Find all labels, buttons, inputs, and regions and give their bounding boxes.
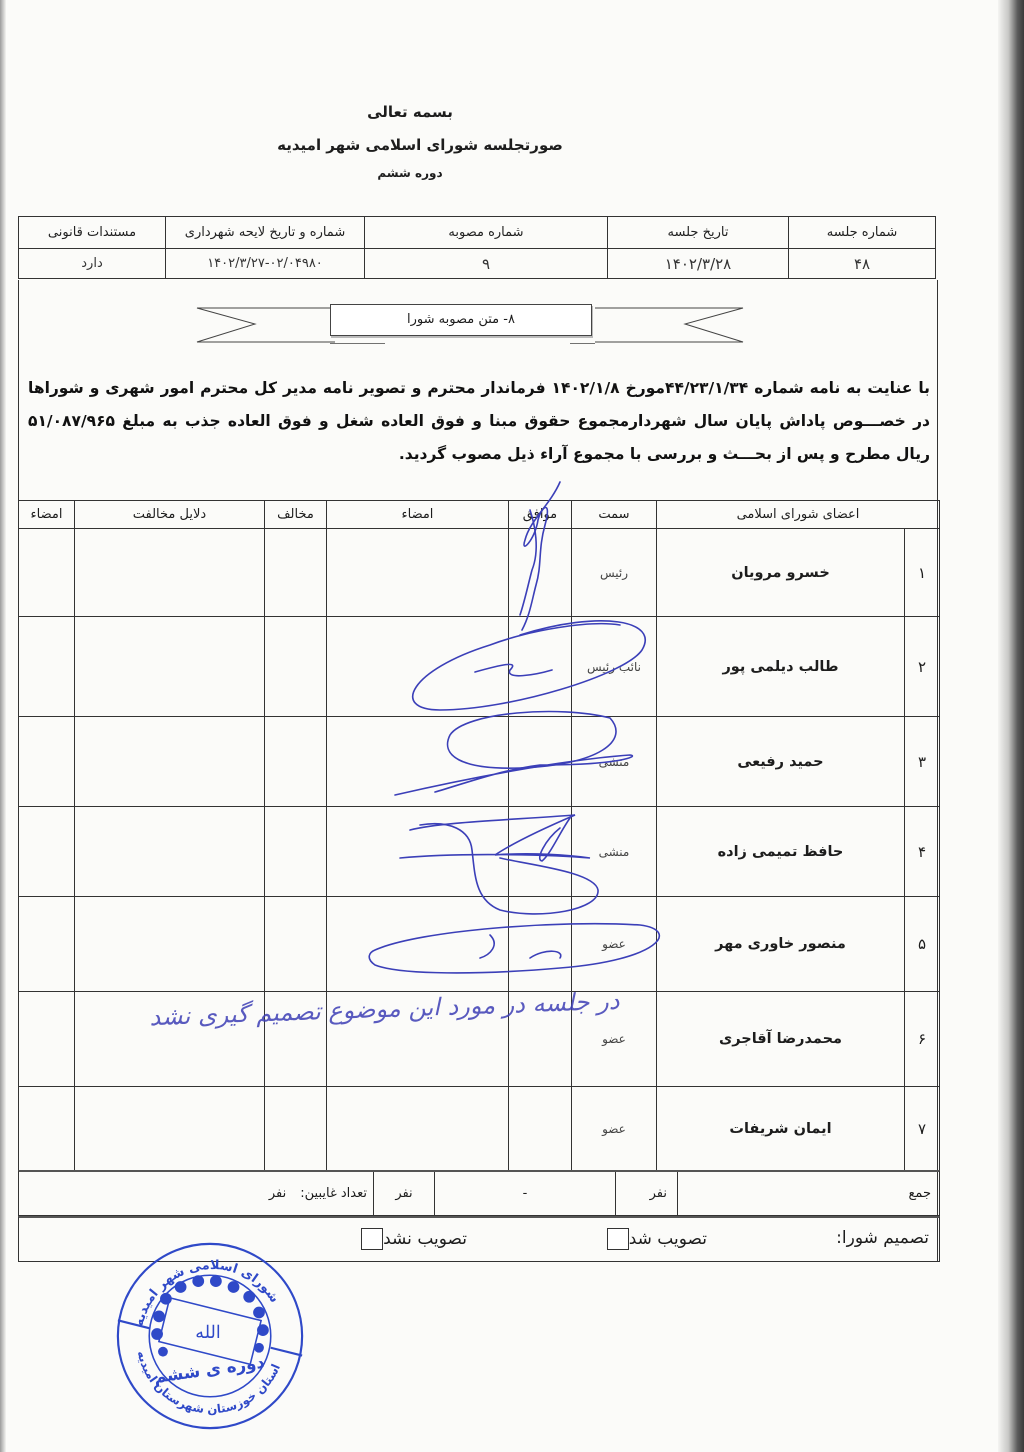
member-row: ۴ حافظ تمیمی زاده منشی bbox=[19, 807, 940, 897]
scan-edge-right bbox=[998, 0, 1024, 1452]
member-role: منشی bbox=[571, 717, 656, 807]
absent-count: تعداد غایبین: نفر bbox=[19, 1172, 373, 1215]
legal-documents-header: مستندات قانونی bbox=[19, 217, 166, 249]
member-number: ۳ bbox=[905, 717, 940, 807]
invocation-heading: بسمه تعالی bbox=[300, 103, 520, 121]
member-name: خسرو مرویان bbox=[656, 529, 904, 617]
council-stamp-icon: الله دوره ی ششم شورای اسلامی شهر امیدیه … bbox=[112, 1238, 308, 1434]
stamp-emblem: الله bbox=[195, 1323, 221, 1343]
section-title: ۸- متن مصوبه شورا bbox=[330, 304, 592, 336]
oppose-cell bbox=[264, 897, 326, 992]
member-row: ۷ ایمان شریفات عضو bbox=[19, 1087, 940, 1171]
meta-value-row: ۴۸ ۱۴۰۲/۳/۲۸ ۹ ۱۴۰۲/۳/۲۷-۰۲/۰۴۹۸۰ دارد bbox=[19, 249, 936, 279]
reasons-cell bbox=[74, 617, 264, 717]
reasons-cell bbox=[74, 807, 264, 897]
signature2-cell bbox=[19, 1087, 75, 1171]
member-name: طالب دیلمی پور bbox=[656, 617, 904, 717]
member-number: ۷ bbox=[905, 1087, 940, 1171]
totals-label: جمع bbox=[677, 1172, 939, 1215]
member-row: ۱ خسرو مرویان رئیس bbox=[19, 529, 940, 617]
rejected-option[interactable]: تصویب نشد bbox=[361, 1228, 467, 1250]
agree-cell bbox=[508, 1087, 571, 1171]
member-role: عضو bbox=[571, 897, 656, 992]
member-number: ۱ bbox=[905, 529, 940, 617]
signature2-cell bbox=[19, 617, 75, 717]
signature-cell bbox=[326, 807, 508, 897]
rejected-label: تصویب نشد bbox=[383, 1229, 467, 1249]
scan-edge-left bbox=[0, 0, 6, 1452]
signature2-cell bbox=[19, 529, 75, 617]
member-row: ۲ طالب دیلمی پور نائب رئیس bbox=[19, 617, 940, 717]
opposition-reasons-header: دلایل مخالفت bbox=[74, 501, 264, 529]
reasons-cell bbox=[74, 1087, 264, 1171]
member-row: ۵ منصور خاوری مهر عضو bbox=[19, 897, 940, 992]
decision-label: تصمیم شورا: bbox=[836, 1228, 929, 1248]
signature2-header: امضاء bbox=[19, 501, 75, 529]
session-number-value: ۴۸ bbox=[789, 249, 936, 279]
members-vote-table: اعضای شورای اسلامی سمت موافق امضاء مخالف… bbox=[18, 500, 940, 1171]
oppose-cell bbox=[264, 717, 326, 807]
agree-cell bbox=[508, 529, 571, 617]
session-date-header: تاریخ جلسه bbox=[608, 217, 789, 249]
agree-cell bbox=[508, 717, 571, 807]
member-number: ۴ bbox=[905, 807, 940, 897]
member-name: حمید رفیعی bbox=[656, 717, 904, 807]
rejected-checkbox[interactable] bbox=[361, 1228, 383, 1250]
members-header: اعضای شورای اسلامی bbox=[656, 501, 939, 529]
member-role: منشی bbox=[571, 807, 656, 897]
approved-label: تصویب شد bbox=[629, 1229, 707, 1249]
legal-documents-value: دارد bbox=[19, 249, 166, 279]
member-role: عضو bbox=[571, 1087, 656, 1171]
signature2-cell bbox=[19, 717, 75, 807]
signature-cell bbox=[326, 529, 508, 617]
agree-count-unit: نفر bbox=[615, 1172, 677, 1215]
session-date-value: ۱۴۰۲/۳/۲۸ bbox=[608, 249, 789, 279]
absent-unit: نفر bbox=[269, 1186, 286, 1201]
oppose-count-unit: نفر bbox=[373, 1172, 434, 1215]
member-number: ۶ bbox=[905, 992, 940, 1087]
meta-header-row: شماره جلسه تاریخ جلسه شماره مصوبه شماره … bbox=[19, 217, 936, 249]
resolution-text: با عنایت به نامه شماره ۴۴/۲۳/۱/۳۴مورخ ۱۴… bbox=[28, 372, 930, 471]
signature-cell bbox=[326, 717, 508, 807]
member-name: حافظ تمیمی زاده bbox=[656, 807, 904, 897]
role-header: سمت bbox=[571, 501, 656, 529]
oppose-cell bbox=[264, 807, 326, 897]
session-number-header: شماره جلسه bbox=[789, 217, 936, 249]
agree-cell bbox=[508, 617, 571, 717]
member-number: ۲ bbox=[905, 617, 940, 717]
signature-cell bbox=[326, 897, 508, 992]
oppose-cell bbox=[264, 617, 326, 717]
agree-cell bbox=[508, 897, 571, 992]
member-name: ایمان شریفات bbox=[656, 1087, 904, 1171]
reasons-cell bbox=[74, 529, 264, 617]
approved-option[interactable]: تصویب شد bbox=[607, 1228, 707, 1250]
signature-cell bbox=[326, 617, 508, 717]
approved-checkbox[interactable] bbox=[607, 1228, 629, 1250]
oppose-cell bbox=[264, 1087, 326, 1171]
resolution-number-value: ۹ bbox=[365, 249, 608, 279]
bill-number-date-value: ۱۴۰۲/۳/۲۷-۰۲/۰۴۹۸۰ bbox=[166, 249, 365, 279]
agree-header: موافق bbox=[508, 501, 571, 529]
term-label: دوره ششم bbox=[330, 166, 490, 180]
signature-cell bbox=[326, 1087, 508, 1171]
document-title: صورتجلسه شورای اسلامی شهر امیدیه bbox=[260, 136, 580, 154]
member-row: ۳ حمید رفیعی منشی bbox=[19, 717, 940, 807]
reasons-cell bbox=[74, 897, 264, 992]
member-role: نائب رئیس bbox=[571, 617, 656, 717]
member-name: محمدرضا آقاجری bbox=[656, 992, 904, 1087]
signature2-cell bbox=[19, 807, 75, 897]
oppose-cell bbox=[264, 529, 326, 617]
oppose-header: مخالف bbox=[264, 501, 326, 529]
resolution-number-header: شماره مصوبه bbox=[365, 217, 608, 249]
bill-number-date-header: شماره و تاریخ لایحه شهرداری bbox=[166, 217, 365, 249]
signature-header: امضاء bbox=[326, 501, 508, 529]
member-role: رئیس bbox=[571, 529, 656, 617]
signature2-cell bbox=[19, 897, 75, 992]
member-number: ۵ bbox=[905, 897, 940, 992]
reasons-cell bbox=[74, 717, 264, 807]
member-name: منصور خاوری مهر bbox=[656, 897, 904, 992]
signature2-cell bbox=[19, 992, 75, 1087]
agree-cell bbox=[508, 807, 571, 897]
session-meta-table: شماره جلسه تاریخ جلسه شماره مصوبه شماره … bbox=[18, 216, 936, 279]
totals-dash: - bbox=[434, 1172, 615, 1215]
members-header-row: اعضای شورای اسلامی سمت موافق امضاء مخالف… bbox=[19, 501, 940, 529]
totals-row: جمع نفر - نفر تعداد غایبین: نفر bbox=[18, 1170, 940, 1216]
absent-label: تعداد غایبین: bbox=[300, 1186, 367, 1201]
